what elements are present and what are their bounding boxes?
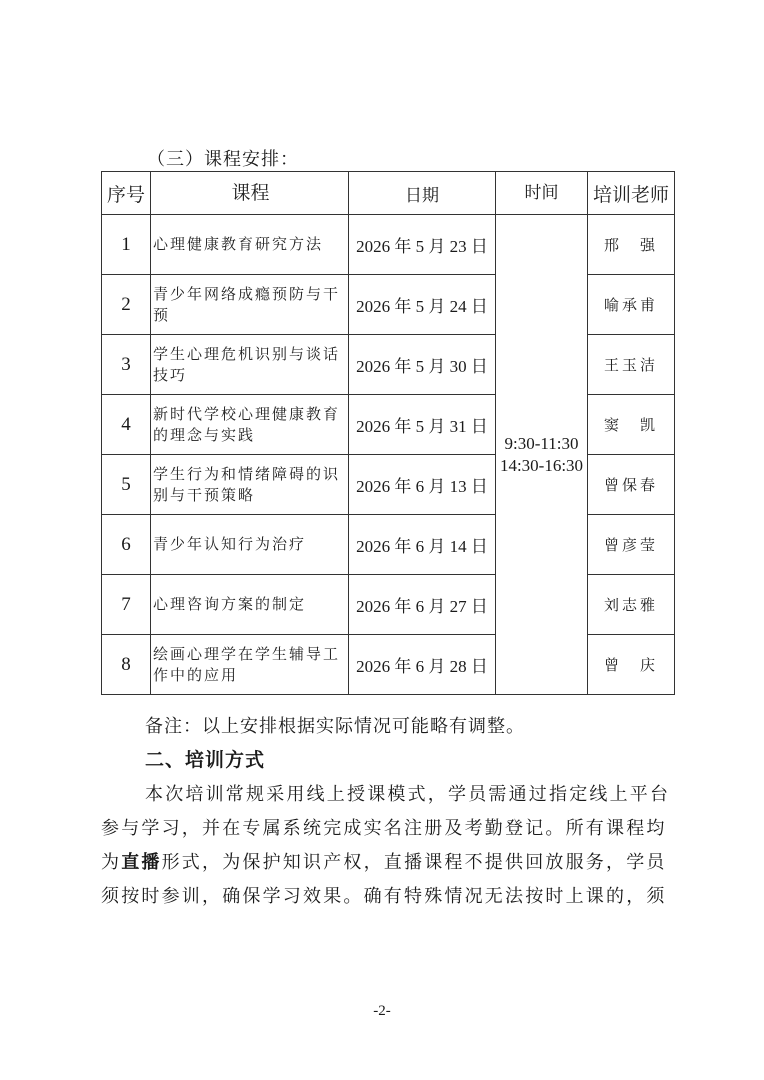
training-method-paragraph: 本次培训常规采用线上授课模式，学员需通过指定线上平台参与学习，并在专属系统完成实… xyxy=(101,778,671,914)
row-teacher: 喻承甫 xyxy=(588,275,675,335)
time-afternoon: 14:30-16:30 xyxy=(496,455,587,477)
row-number: 5 xyxy=(102,455,151,515)
row-course: 绘画心理学在学生辅导工作中的应用 xyxy=(151,635,349,695)
row-date: 2026 年 6 月 13 日 xyxy=(349,455,496,515)
page-number: -2- xyxy=(0,1003,764,1020)
header-date: 日期 xyxy=(349,172,496,215)
row-number: 6 xyxy=(102,515,151,575)
row-date: 2026 年 5 月 23 日 xyxy=(349,215,496,275)
table-header-row: 序号 课程 日期 时间 培训老师 xyxy=(102,172,675,215)
row-teacher: 曾保春 xyxy=(588,455,675,515)
row-number: 1 xyxy=(102,215,151,275)
schedule-note: 备注：以上安排根据实际情况可能略有调整。 xyxy=(145,712,525,738)
row-number: 2 xyxy=(102,275,151,335)
row-number: 4 xyxy=(102,395,151,455)
row-course: 青少年网络成瘾预防与干预 xyxy=(151,275,349,335)
table-row: 7 心理咨询方案的制定 2026 年 6 月 27 日 刘志雅 xyxy=(102,575,675,635)
table-row: 2 青少年网络成瘾预防与干预 2026 年 5 月 24 日 喻承甫 xyxy=(102,275,675,335)
row-course: 心理健康教育研究方法 xyxy=(151,215,349,275)
row-teacher: 邢 强 xyxy=(588,215,675,275)
header-number: 序号 xyxy=(102,172,151,215)
row-course: 心理咨询方案的制定 xyxy=(151,575,349,635)
row-number: 3 xyxy=(102,335,151,395)
header-teacher: 培训老师 xyxy=(588,172,675,215)
row-teacher: 曾 庆 xyxy=(588,635,675,695)
row-teacher: 刘志雅 xyxy=(588,575,675,635)
course-schedule-subheading: （三）课程安排： xyxy=(147,145,299,171)
row-number: 8 xyxy=(102,635,151,695)
row-teacher: 曾彦莹 xyxy=(588,515,675,575)
header-time: 时间 xyxy=(496,172,588,215)
course-schedule-table: 序号 课程 日期 时间 培训老师 1 心理健康教育研究方法 2026 年 5 月… xyxy=(101,171,675,695)
table-row: 1 心理健康教育研究方法 2026 年 5 月 23 日 9:30-11:30 … xyxy=(102,215,675,275)
row-teacher: 王玉洁 xyxy=(588,335,675,395)
row-number: 7 xyxy=(102,575,151,635)
table-row: 6 青少年认知行为治疗 2026 年 6 月 14 日 曾彦莹 xyxy=(102,515,675,575)
table-row: 3 学生心理危机识别与谈话技巧 2026 年 5 月 30 日 王玉洁 xyxy=(102,335,675,395)
paragraph-bold-live: 直播 xyxy=(121,852,161,873)
row-course: 学生心理危机识别与谈话技巧 xyxy=(151,335,349,395)
paragraph-text-part2: 形式，为保护知识产权，直播课程不提供回放服务，学员须按时参训，确保学习效果。确有… xyxy=(101,852,667,907)
shared-time-cell: 9:30-11:30 14:30-16:30 xyxy=(496,215,588,695)
row-course: 学生行为和情绪障碍的识别与干预策略 xyxy=(151,455,349,515)
table-row: 8 绘画心理学在学生辅导工作中的应用 2026 年 6 月 28 日 曾 庆 xyxy=(102,635,675,695)
row-date: 2026 年 5 月 24 日 xyxy=(349,275,496,335)
row-date: 2026 年 6 月 27 日 xyxy=(349,575,496,635)
row-date: 2026 年 5 月 30 日 xyxy=(349,335,496,395)
row-date: 2026 年 6 月 28 日 xyxy=(349,635,496,695)
table-row: 5 学生行为和情绪障碍的识别与干预策略 2026 年 6 月 13 日 曾保春 xyxy=(102,455,675,515)
row-teacher: 窦 凯 xyxy=(588,395,675,455)
time-morning: 9:30-11:30 xyxy=(496,433,587,455)
header-course: 课程 xyxy=(151,172,349,215)
table-row: 4 新时代学校心理健康教育的理念与实践 2026 年 5 月 31 日 窦 凯 xyxy=(102,395,675,455)
row-course: 青少年认知行为治疗 xyxy=(151,515,349,575)
row-date: 2026 年 5 月 31 日 xyxy=(349,395,496,455)
row-course: 新时代学校心理健康教育的理念与实践 xyxy=(151,395,349,455)
section-heading-training-method: 二、培训方式 xyxy=(145,745,265,772)
row-date: 2026 年 6 月 14 日 xyxy=(349,515,496,575)
